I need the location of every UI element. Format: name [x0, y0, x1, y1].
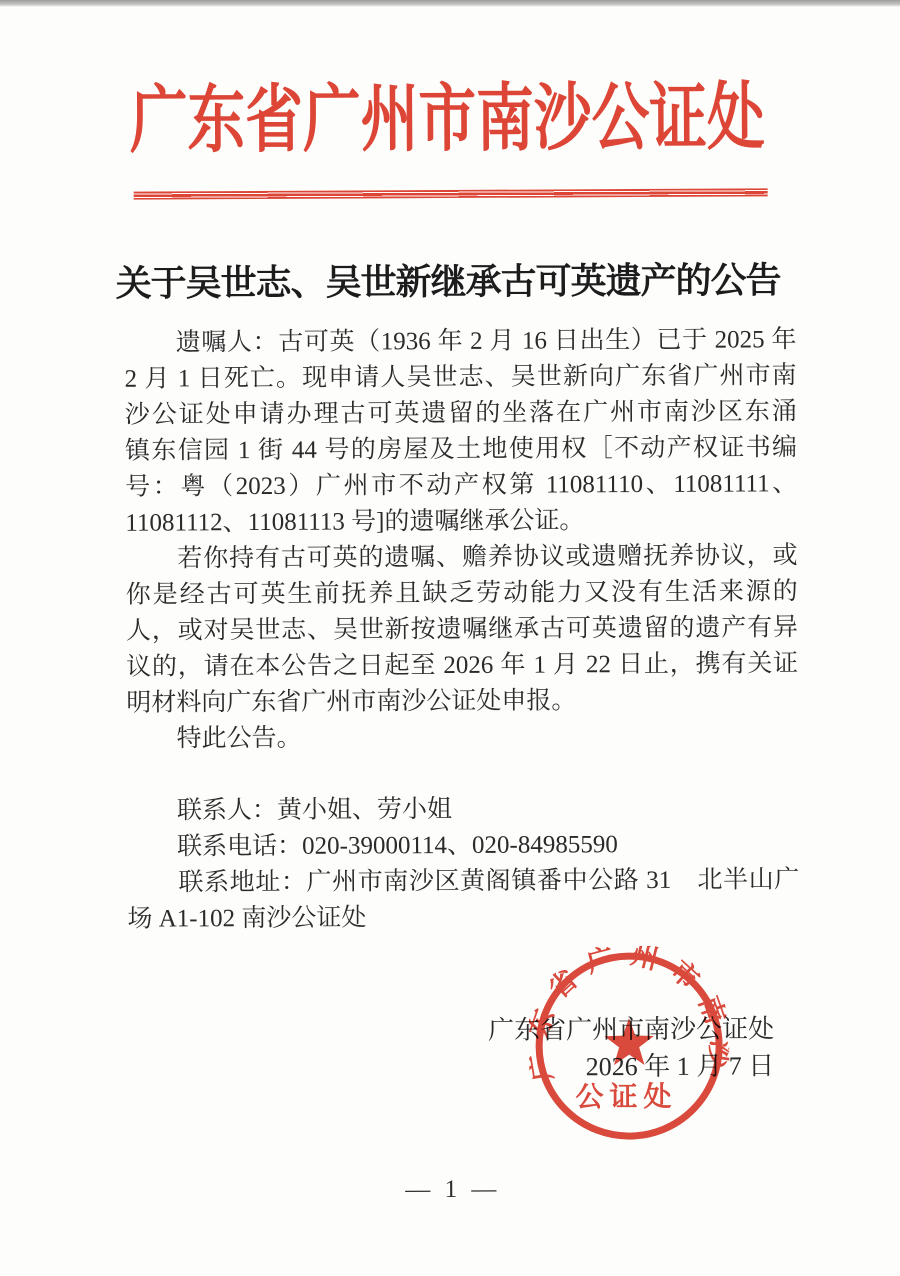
body-line: 你是经古可英生前抚养且缺乏劳动能力又没有生活来源的 — [126, 574, 798, 614]
body-line: 遗嘱人：古可英（1936 年 2 月 16 日出生）已于 2025 年 — [124, 322, 796, 362]
body-line-contact-phone: 联系电话：020-39000114、020-84985590 — [127, 826, 799, 866]
seal-bottom-text: 公证处 — [575, 1081, 677, 1114]
seal-ring-text-holder: 广东省广州市南沙 — [529, 946, 730, 1084]
body-line: 人，或对吴世志、吴世新按遗嘱继承古可英遗留的遗产有异 — [126, 610, 798, 650]
seal-star-icon — [604, 1018, 654, 1065]
notice-body: 遗嘱人：古可英（1936 年 2 月 16 日出生）已于 2025 年 2 月 … — [124, 322, 799, 938]
body-line: 号：粤（2023）广州市不动产权第 11081110、11081111、 — [125, 466, 797, 506]
body-line-contact-person: 联系人：黄小姐、劳小姐 — [127, 790, 799, 830]
body-line-contact-address: 联系地址：广州市南沙区黄阁镇番中公路 31 北半山广 — [127, 862, 799, 902]
body-line: 2 月 1 日死亡。现申请人吴世志、吴世新向广东省广州市南 — [125, 358, 797, 398]
body-line: 镇东信园 1 街 44 号的房屋及土地使用权［不动产权证书编 — [125, 430, 797, 470]
body-line: 若你持有古可英的遗嘱、赡养协议或遗赠抚养协议，或 — [125, 538, 797, 578]
letterhead-title: 广东省广州市南沙公证处 — [96, 80, 798, 161]
body-line: 特此公告。 — [126, 718, 798, 758]
body-line-contact-address-cont: 场 A1-102 南沙公证处 — [127, 898, 799, 938]
body-line: 11081112、11081113 号]的遗嘱继承公证。 — [125, 502, 797, 542]
seal-ring-text: 广东省广州市南沙 — [529, 946, 730, 1084]
letterhead-rule — [134, 188, 768, 199]
scanned-document-page: 广东省广州市南沙公证处 关于吴世志、吴世新继承古可英遗产的公告 遗嘱人：古可英（… — [0, 0, 900, 1276]
body-line-blank — [127, 754, 799, 794]
body-line: 议的，请在本公告之日起至 2026 年 1 月 22 日止，携有关证 — [126, 646, 798, 686]
page-number: — 1 — — [3, 1174, 900, 1207]
body-line: 明材料向广东省广州市南沙公证处申报。 — [126, 682, 798, 722]
notary-seal: 广东省广州市南沙 公证处 — [529, 946, 730, 1147]
document-content: 广东省广州市南沙公证处 关于吴世志、吴世新继承古可英遗产的公告 遗嘱人：古可英（… — [0, 0, 900, 1276]
notice-title: 关于吴世志、吴世新继承古可英遗产的公告 — [0, 252, 898, 308]
body-line: 沙公证处申请办理古可英遗留的坐落在广州市南沙区东涌 — [125, 394, 797, 434]
